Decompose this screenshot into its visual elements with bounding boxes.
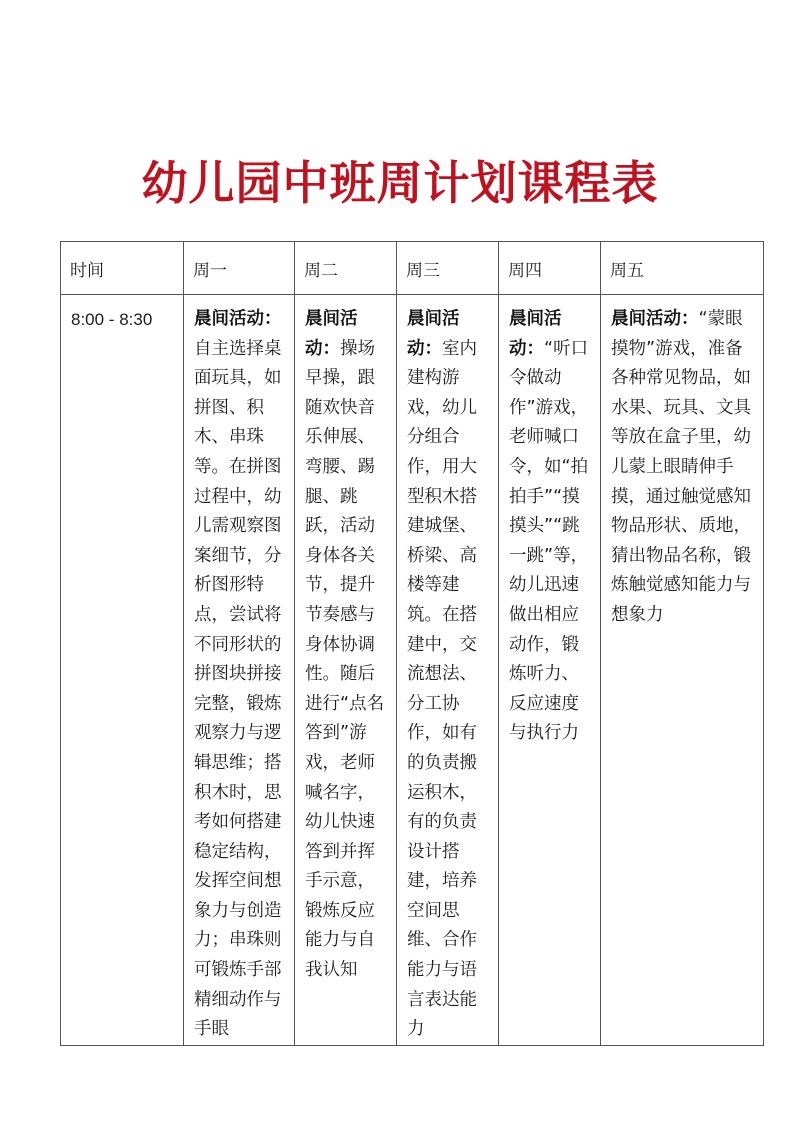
- tuesday-activity-cell: 晨间活动：操场早操，跟随欢快音乐伸展、弯腰、踢腿、跳跃，活动身体各关节，提升节奏…: [295, 295, 397, 1046]
- activity-description: “蒙眼摸物”游戏，准备各种常见物品，如水果、玩具、文具等放在盒子里，幼儿蒙上眼睛…: [611, 309, 751, 625]
- header-thursday: 周四: [499, 242, 601, 295]
- header-tuesday: 周二: [295, 242, 397, 295]
- activity-description: 操场早操，跟随欢快音乐伸展、弯腰、踢腿、跳跃，活动身体各关节，提升节奏感与身体协…: [305, 339, 384, 980]
- weekly-schedule-table: 时间 周一 周二 周三 周四 周五 8:00 - 8:30 晨间活动：自主选择桌…: [60, 241, 764, 1046]
- wednesday-activity-cell: 晨间活动：室内建构游戏，幼儿分组合作，用大型积木搭建城堡、桥梁、高楼等建筑。在搭…: [397, 295, 499, 1046]
- table-header-row: 时间 周一 周二 周三 周四 周五: [61, 242, 764, 295]
- activity-description: 自主选择桌面玩具，如拼图、积木、串珠等。在拼图过程中，幼儿需观察图案细节，分析图…: [194, 339, 282, 1040]
- thursday-activity-cell: 晨间活动：“听口令做动作”游戏，老师喊口令，如“拍拍手”“摸摸头”“跳一跳”等，…: [499, 295, 601, 1046]
- header-monday: 周一: [184, 242, 295, 295]
- friday-activity-cell: 晨间活动：“蒙眼摸物”游戏，准备各种常见物品，如水果、玩具、文具等放在盒子里，幼…: [601, 295, 764, 1046]
- table-row: 8:00 - 8:30 晨间活动：自主选择桌面玩具，如拼图、积木、串珠等。在拼图…: [61, 295, 764, 1046]
- activity-label: 晨间活动：: [194, 309, 282, 329]
- activity-description: “听口令做动作”游戏，老师喊口令，如“拍拍手”“摸摸头”“跳一跳”等，幼儿迅速做…: [509, 339, 588, 744]
- activity-label: 晨间活动：: [611, 309, 699, 329]
- header-friday: 周五: [601, 242, 764, 295]
- monday-activity-cell: 晨间活动：自主选择桌面玩具，如拼图、积木、串珠等。在拼图过程中，幼儿需观察图案细…: [184, 295, 295, 1046]
- page-title: 幼儿园中班周计划课程表: [0, 153, 800, 213]
- activity-description: 室内建构游戏，幼儿分组合作，用大型积木搭建城堡、桥梁、高楼等建筑。在搭建中，交流…: [407, 339, 477, 1040]
- header-time: 时间: [61, 242, 184, 295]
- time-slot-cell: 8:00 - 8:30: [61, 295, 184, 1046]
- header-wednesday: 周三: [397, 242, 499, 295]
